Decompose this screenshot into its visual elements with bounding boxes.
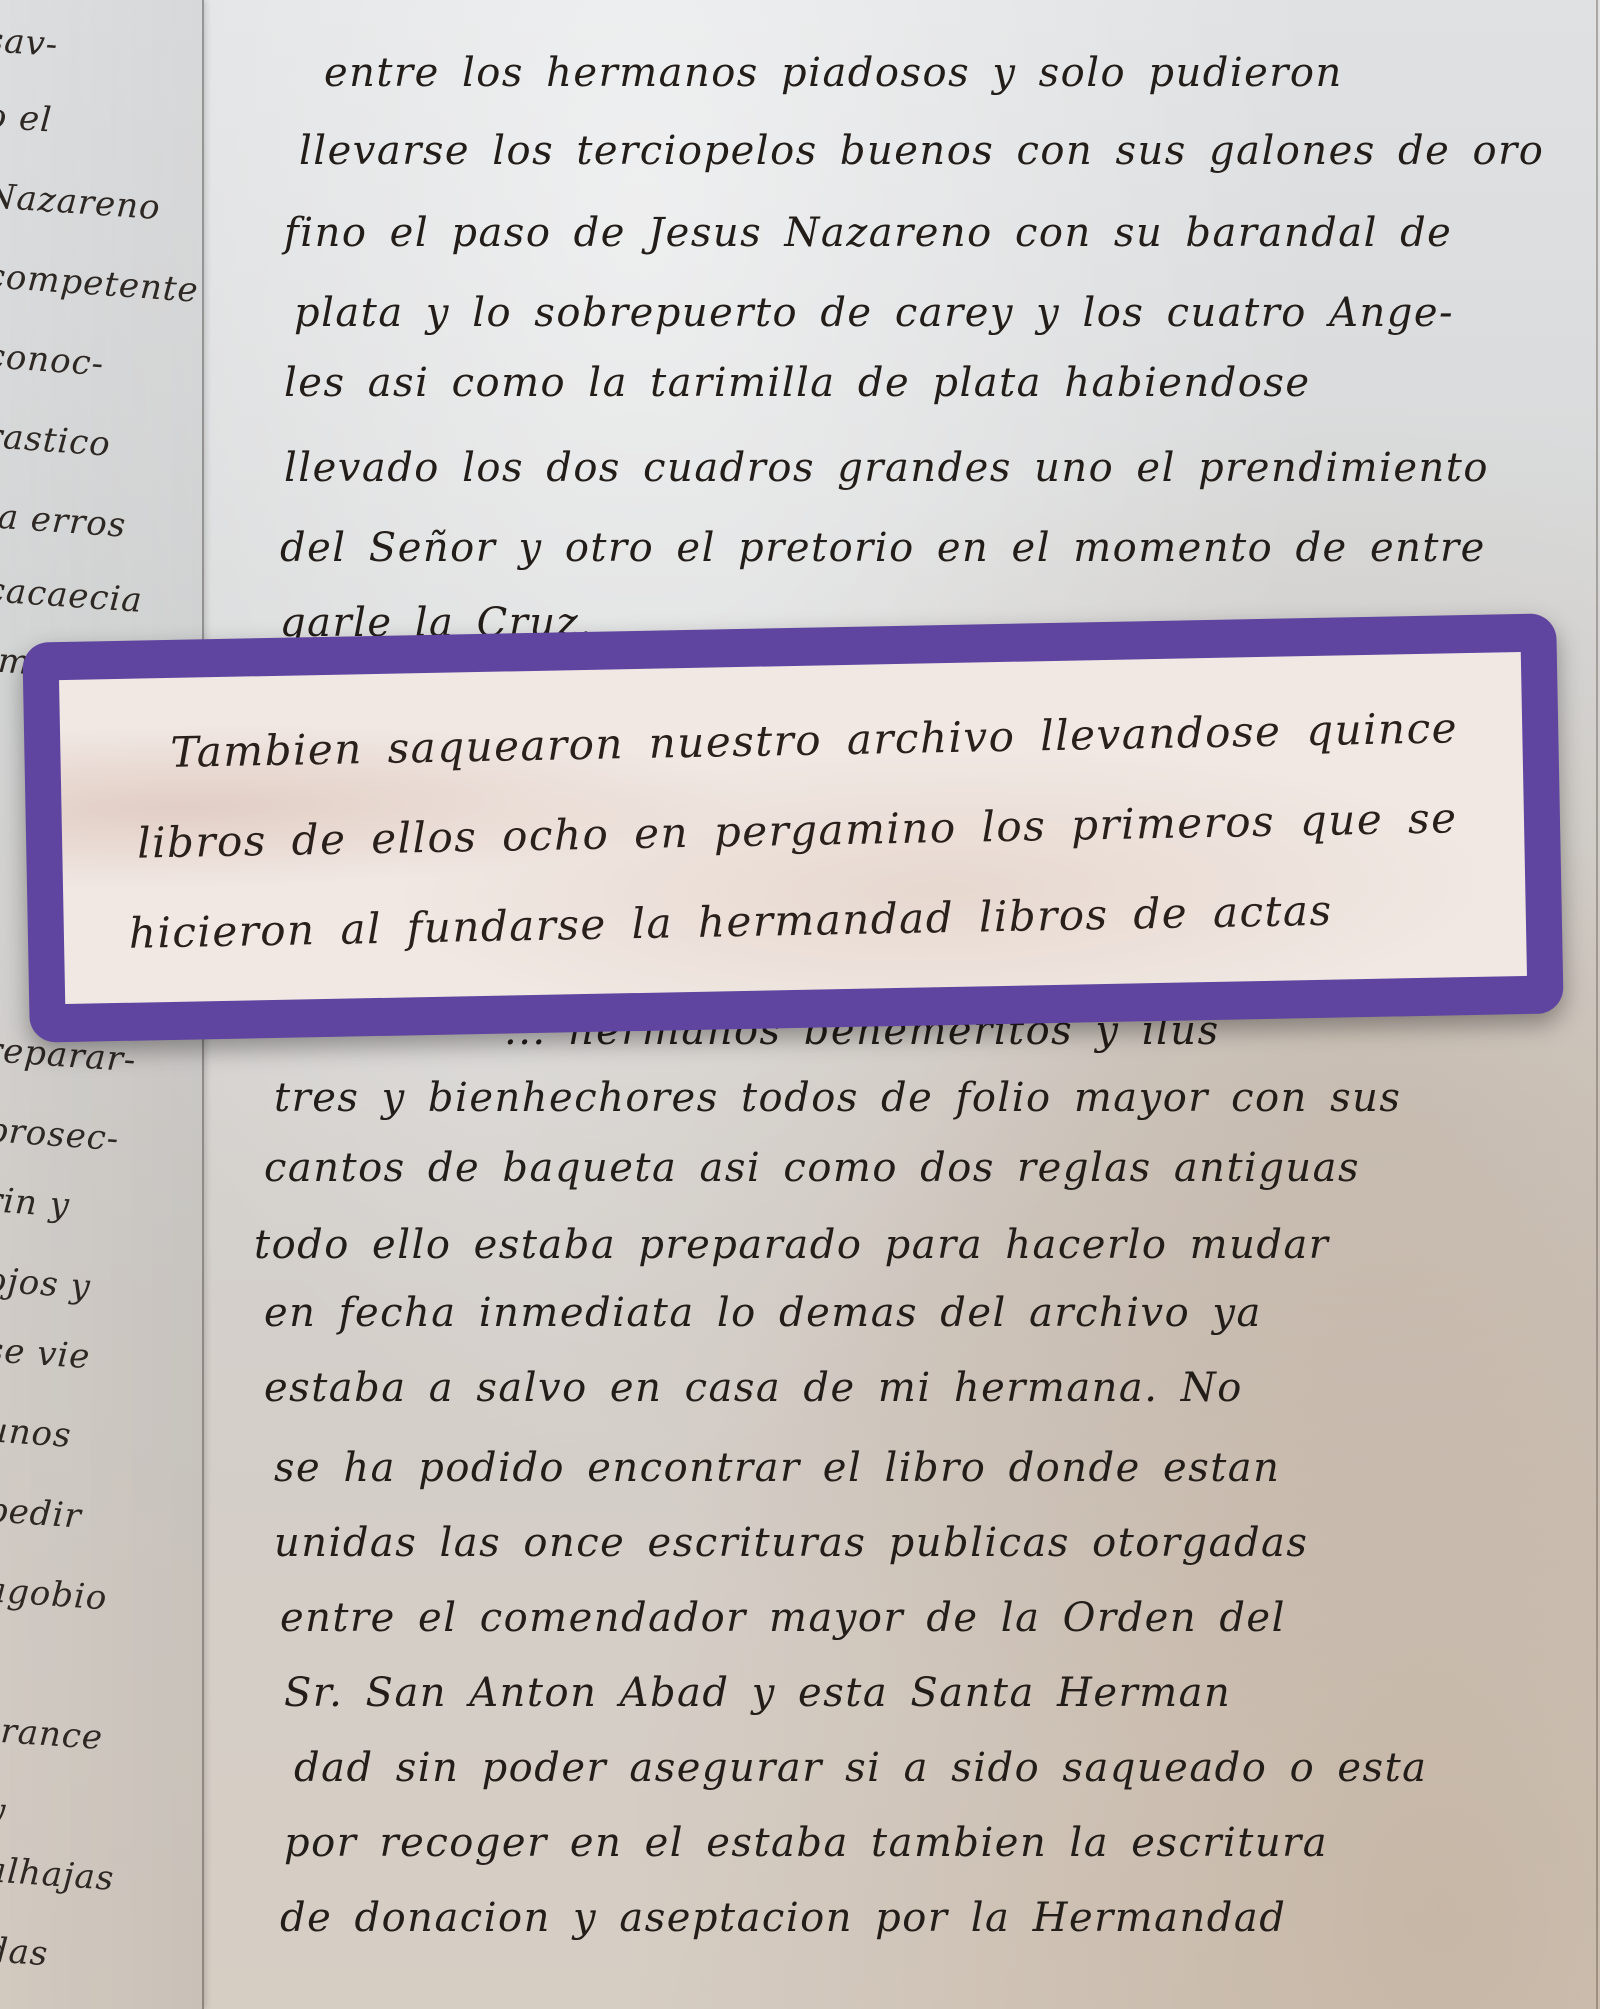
manuscript-line: llevarse los terciopelos buenos con sus … — [299, 128, 1544, 174]
left-fragment: agobio — [0, 1570, 109, 1618]
highlight-line: Tambien saquearon nuestro archivo llevan… — [170, 703, 1458, 777]
left-fragment: o el — [0, 96, 54, 141]
manuscript-line: llevado los dos cuadros grandes uno el p… — [284, 445, 1489, 491]
page-edge — [1596, 0, 1598, 2009]
manuscript-line: se ha podido encontrar el libro donde es… — [274, 1445, 1280, 1491]
manuscript-line: del Señor y otro el pretorio en el momen… — [280, 525, 1486, 571]
left-fragment: competente — [0, 256, 200, 311]
manuscript-line: estaba a salvo en casa de mi hermana. No — [264, 1365, 1243, 1411]
left-fragment: trance — [0, 1710, 104, 1758]
left-fragment: la erros — [0, 496, 128, 546]
manuscript-line: dad sin poder asegurar si a sido saquead… — [294, 1745, 1428, 1791]
manuscript-line: por recoger en el estaba tambien la escr… — [284, 1820, 1328, 1866]
manuscript-line: cantos de baqueta asi como dos reglas an… — [264, 1145, 1360, 1191]
manuscript-line: en fecha inmediata lo demas del archivo … — [264, 1290, 1262, 1336]
manuscript-line: de donacion y aseptacion por la Hermanda… — [280, 1895, 1286, 1941]
manuscript-line: tres y bienhechores todos de folio mayor… — [274, 1075, 1401, 1121]
manuscript-line: les asi como la tarimilla de plata habie… — [284, 360, 1311, 406]
highlight-callout: Tambien saquearon nuestro archivo llevan… — [22, 613, 1563, 1042]
left-fragment: Nazareno — [0, 176, 162, 228]
left-fragment: rastico — [0, 416, 112, 465]
left-fragment: rin y — [0, 1180, 71, 1226]
manuscript-line: Sr. San Anton Abad y esta Santa Herman — [284, 1670, 1231, 1716]
left-fragment: das — [0, 1930, 50, 1974]
highlight-excerpt: Tambien saquearon nuestro archivo llevan… — [59, 652, 1527, 1004]
left-fragment: alhajas — [0, 1850, 116, 1899]
left-fragment: ojos y — [0, 1260, 92, 1307]
manuscript-line: entre los hermanos piadosos y solo pudie… — [324, 50, 1343, 96]
manuscript-line: entre el comendador mayor de la Orden de… — [280, 1595, 1286, 1641]
left-fragment: conoc- — [0, 336, 106, 384]
left-fragment: unos — [0, 1410, 73, 1456]
left-fragment: sav- — [0, 20, 60, 65]
manuscript-line: plata y lo sobrepuerto de carey y los cu… — [294, 290, 1454, 336]
manuscript-line: fino el paso de Jesus Nazareno con su ba… — [284, 210, 1452, 256]
manuscript-line: todo ello estaba preparado para hacerlo … — [254, 1222, 1329, 1268]
left-fragment: pedir — [0, 1490, 83, 1537]
highlight-line: hicieron al fundarse la hermandad libros… — [128, 886, 1333, 958]
left-fragment: y — [0, 1790, 8, 1831]
highlight-line: libros de ellos ocho en pergamino los pr… — [137, 793, 1458, 867]
manuscript-line: unidas las once escrituras publicas otor… — [274, 1520, 1308, 1566]
left-fragment: cacaecia — [0, 570, 144, 621]
left-fragment: se vie — [0, 1330, 92, 1377]
left-fragment: prosec- — [0, 1110, 121, 1159]
